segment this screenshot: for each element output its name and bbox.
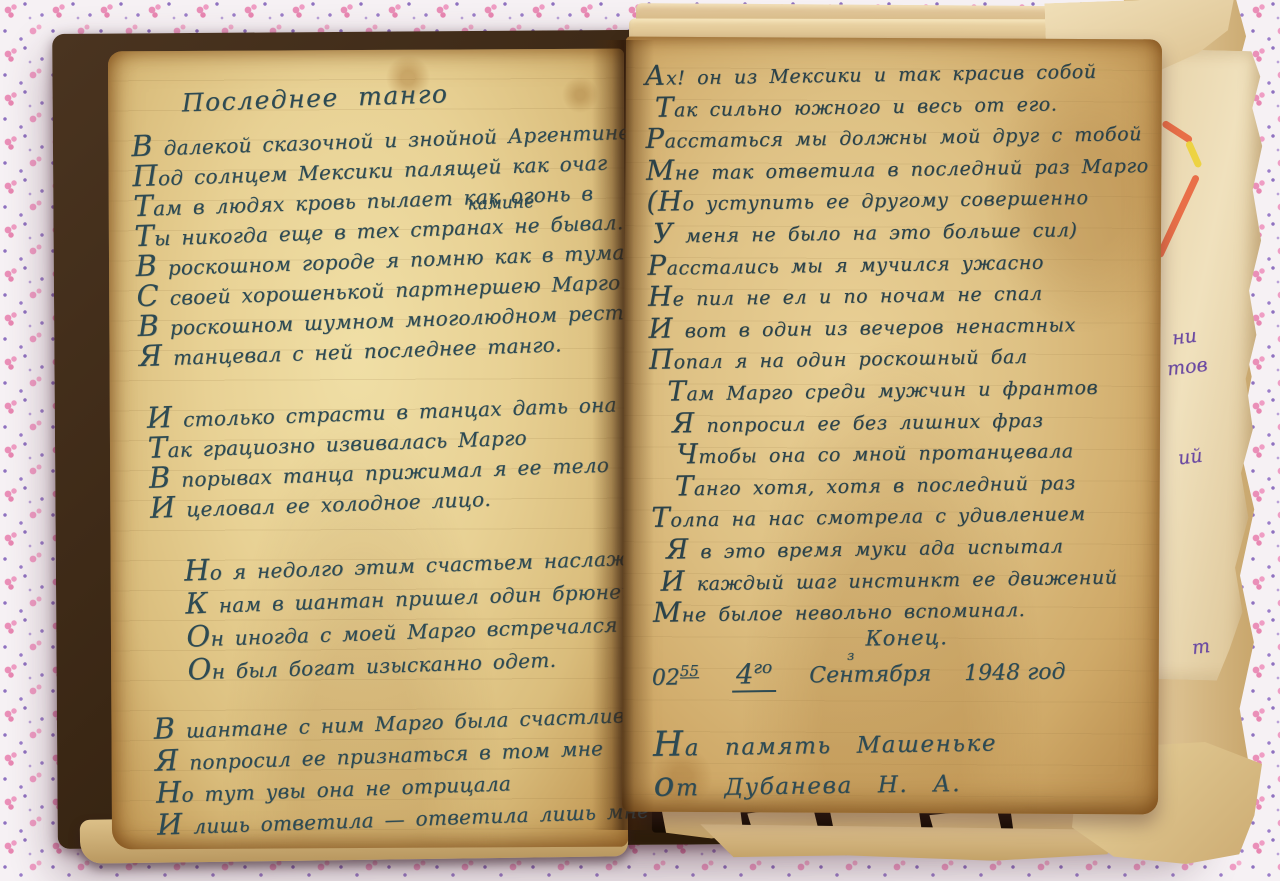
stanza: Ах! он из Мексики и так красив собой Так…	[644, 56, 1156, 633]
poem-title: Последнее танго	[181, 79, 449, 117]
right-page: Ах! он из Мексики и так красив собой Так…	[622, 37, 1162, 815]
left-page-content: Последнее танго В далекой сказочной и зн…	[110, 41, 638, 856]
notebook-photo: ни тов ий т Последнее танго В далекой ск…	[0, 0, 1280, 881]
left-page: Последнее танго В далекой сказочной и зн…	[108, 49, 628, 850]
stanza: В шантане с ним Марго была счастлива Я п…	[153, 699, 650, 844]
day-value: 4го	[732, 658, 777, 693]
ink-fragment: ни	[1171, 325, 1198, 350]
month-value: зСентября	[809, 662, 931, 689]
inserted-word: камине	[467, 192, 534, 214]
ink-fragment: т	[1191, 635, 1212, 659]
dedication-line: На память Машеньке	[653, 726, 997, 761]
time-value: 0255	[652, 665, 699, 691]
torn-paper-under	[700, 824, 1120, 862]
year-value: 1948 год	[964, 660, 1066, 687]
page-gutter-shadow	[592, 40, 654, 830]
dedication-line: от Дубанева Н. А.	[653, 767, 961, 802]
right-page-content: Ах! он из Мексики и так красив собой Так…	[628, 34, 1166, 817]
ink-fragment: ий	[1177, 445, 1204, 470]
ending-word: Конец.	[865, 625, 948, 650]
date-line: 0255 4го зСентября 1948 год	[652, 653, 1066, 692]
